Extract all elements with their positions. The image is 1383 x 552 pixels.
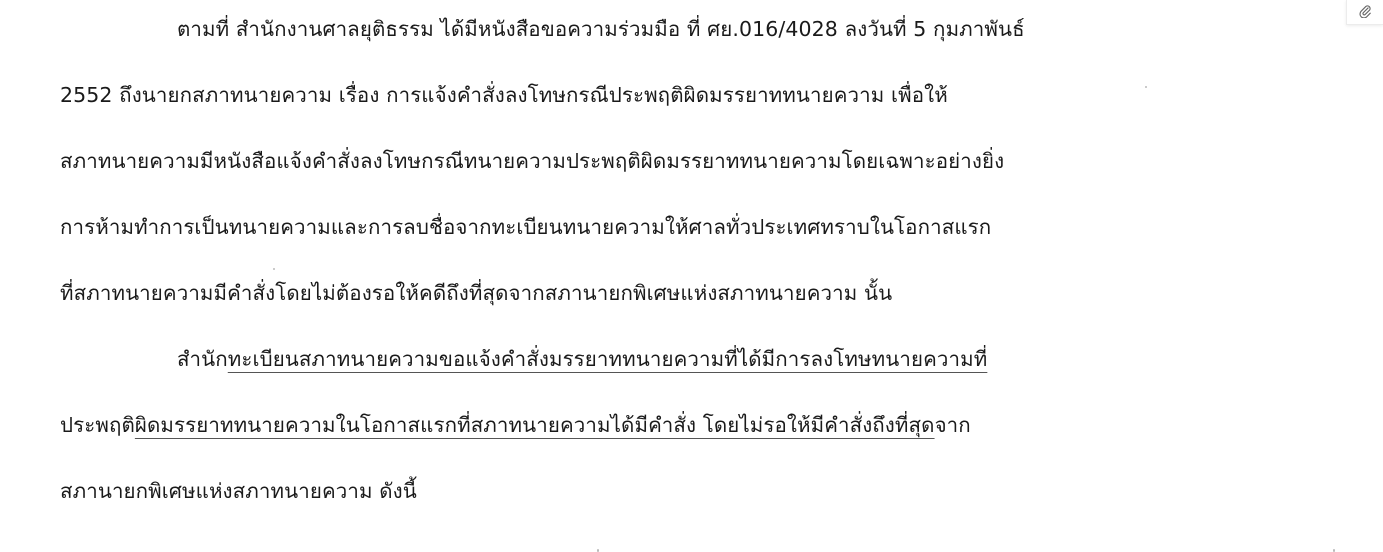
underlined-text: ทะเบียนสภาทนายความขอแจ้งคำสั่งมรรยาททนาย… xyxy=(228,347,988,371)
paragraph-1-line-3: สภาทนายความมีหนังสือแจ้งคำสั่งลงโทษกรณีท… xyxy=(60,146,1004,176)
underlined-text: ผิดมรรยาททนายความในโอกาสแรกที่สภาทนายควา… xyxy=(135,413,935,437)
paragraph-1-line-1: ตามที่ สำนักงานศาลยุติธรรม ได้มีหนังสือข… xyxy=(177,14,1025,44)
plain-text: จาก xyxy=(935,413,971,437)
scan-speck xyxy=(273,268,275,270)
paragraph-2-line-3: สภานายกพิเศษแห่งสภาทนายความ ดังนี้ xyxy=(60,476,417,506)
paperclip-icon xyxy=(1358,3,1372,22)
plain-text: ประพฤติ xyxy=(60,413,135,437)
paragraph-1-line-2: 2552 ถึงนายกสภาทนายความ เรื่อง การแจ้งคำ… xyxy=(60,80,948,110)
paragraph-2-line-2: ประพฤติผิดมรรยาททนายความในโอกาสแรกที่สภา… xyxy=(60,410,971,440)
document-page: ตามที่ สำนักงานศาลยุติธรรม ได้มีหนังสือข… xyxy=(0,0,1383,552)
scan-speck xyxy=(1145,86,1147,88)
paragraph-1-line-4: การห้ามทำการเป็นทนายความและการลบชื่อจากท… xyxy=(60,212,991,242)
plain-text: สำนัก xyxy=(177,347,228,371)
paragraph-2-line-1: สำนักทะเบียนสภาทนายความขอแจ้งคำสั่งมรรยา… xyxy=(177,344,987,374)
attach-button[interactable] xyxy=(1346,0,1383,25)
paragraph-1-line-5: ที่สภาทนายความมีคำสั่งโดยไม่ต้องรอให้คดี… xyxy=(60,278,892,308)
